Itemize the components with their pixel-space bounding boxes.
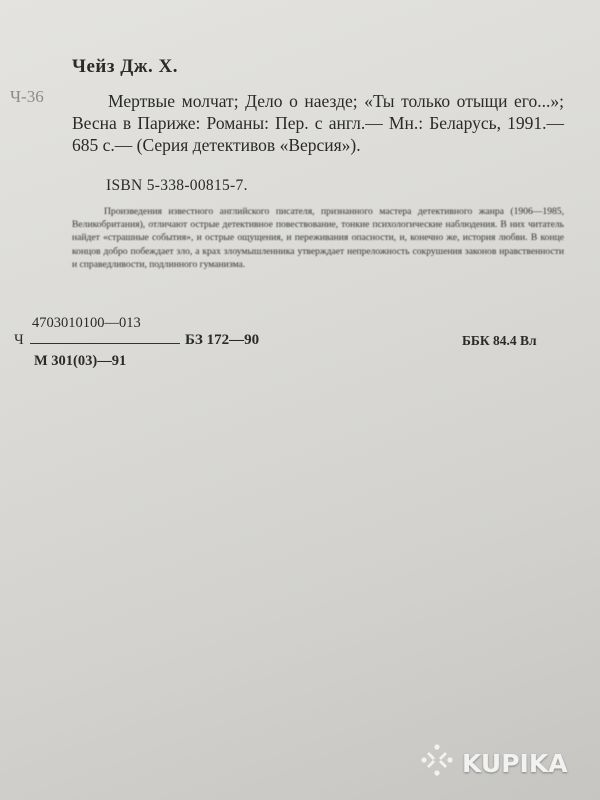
kupika-logo-icon: [420, 743, 454, 783]
bbk-code: ББК 84.4 Вл: [462, 333, 537, 349]
watermark-text: KUPIKA: [462, 749, 568, 778]
author-name: Чейз Дж. Х.: [72, 56, 178, 78]
annotation: Произведения известного английского писа…: [72, 205, 564, 271]
catalog-code-bottom: М 301(03)—91: [34, 353, 126, 370]
catalog-code-letter: Ч: [14, 332, 24, 349]
watermark: KUPIKA: [420, 743, 568, 783]
bibliographic-description: Мертвые молчат; Дело о наезде; «Ты тольк…: [72, 90, 564, 156]
shelf-mark: Ч-36: [10, 87, 44, 107]
catalog-code-bz: БЗ 172—90: [185, 332, 259, 349]
catalog-code-divider: [30, 343, 180, 344]
isbn: ISBN 5-338-00815-7.: [106, 177, 248, 195]
catalog-code-top: 4703010100—013: [32, 315, 141, 332]
